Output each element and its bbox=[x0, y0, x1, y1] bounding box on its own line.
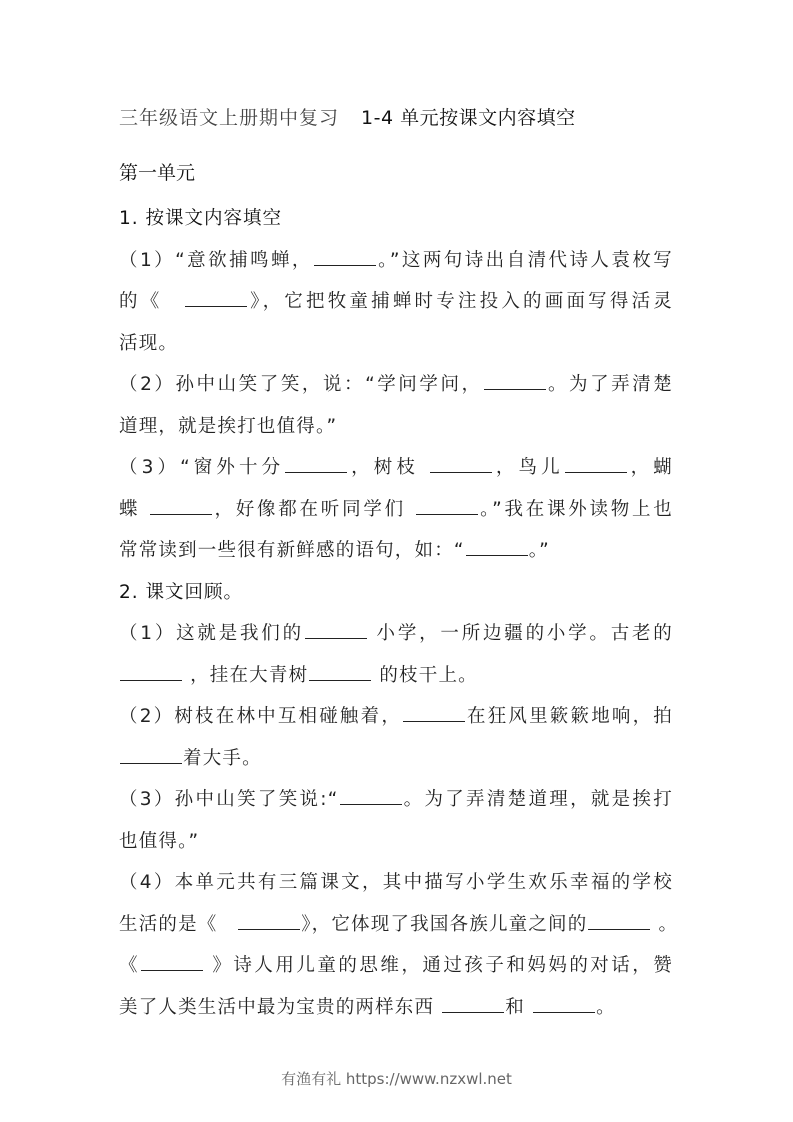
exercise-item: （1）这就是我们的 小学，一所边疆的小学。古老的 ，挂在大青树 的枝干上。 bbox=[119, 613, 673, 696]
text-line: （3）孙中山笑了笑说:“。为了弄清楚道理，就是挨打 bbox=[119, 779, 673, 821]
fill-in-blank[interactable] bbox=[314, 251, 376, 266]
text-segment: （4）本单元共有三篇课文，其中描写小学生欢乐幸福的学校 bbox=[119, 872, 673, 893]
exercise-item: （4）本单元共有三篇课文，其中描写小学生欢乐幸福的学校生活的是《 》，它体现了我… bbox=[119, 862, 673, 1028]
text-line: 活现。 bbox=[119, 323, 673, 365]
text-segment: （1）“意欲捕鸣蝉， bbox=[119, 250, 313, 271]
title-course: 三年级语文上册期中复习 bbox=[119, 107, 339, 129]
fill-in-blank[interactable] bbox=[466, 541, 528, 556]
text-segment: 。” bbox=[529, 540, 550, 561]
fill-in-blank[interactable] bbox=[588, 915, 650, 930]
text-segment: 美了人类生活中最为宝贵的两样东西 bbox=[119, 997, 441, 1018]
text-segment: （2）孙中山笑了笑，说：“学问学问， bbox=[119, 374, 483, 395]
text-segment: 。为了弄清楚道理，就是挨打 bbox=[403, 789, 673, 810]
document-title: 三年级语文上册期中复习1-4 单元按课文内容填空 bbox=[119, 103, 673, 133]
fill-in-blank[interactable] bbox=[340, 790, 402, 805]
text-line: （2）树枝在林中互相碰触着，在狂风里簌簌地响，拍 bbox=[119, 696, 673, 738]
text-segment: 。”这两句诗出自清代诗人袁枚写 bbox=[377, 250, 673, 271]
text-segment: ，好像都在听同学们 bbox=[213, 499, 415, 520]
fill-in-blank[interactable] bbox=[430, 458, 492, 473]
text-segment: 。 bbox=[596, 997, 616, 1018]
text-segment: （3）孙中山笑了笑说:“ bbox=[119, 789, 339, 810]
text-line: （3）“窗外十分，树枝 ，鸟儿，蝴 bbox=[119, 447, 673, 489]
fill-in-blank[interactable] bbox=[416, 500, 478, 515]
text-segment: （3）“窗外十分 bbox=[119, 457, 284, 478]
text-segment: （1）这就是我们的 bbox=[119, 623, 304, 644]
exercise-item: （3）孙中山笑了笑说:“。为了弄清楚道理，就是挨打也值得。” bbox=[119, 779, 673, 862]
fill-in-blank[interactable] bbox=[185, 292, 247, 307]
text-line: （2）孙中山笑了笑，说：“学问学问，。为了弄清楚 bbox=[119, 364, 673, 406]
fill-in-blank[interactable] bbox=[285, 458, 347, 473]
text-segment: 生活的是《 bbox=[119, 914, 237, 935]
exercise-content: 1. 按课文内容填空（1）“意欲捕鸣蝉，。”这两句诗出自清代诗人袁枚写的《 》，… bbox=[119, 198, 673, 1028]
text-line: 生活的是《 》，它体现了我国各族儿童之间的 。 bbox=[119, 904, 673, 946]
fill-in-blank[interactable] bbox=[120, 749, 182, 764]
text-segment: 》，它体现了我国各族儿童之间的 bbox=[301, 914, 587, 935]
exercise-item: （3）“窗外十分，树枝 ，鸟儿，蝴蝶 ，好像都在听同学们 。”我在课外读物上也常… bbox=[119, 447, 673, 572]
text-segment: 。 bbox=[651, 914, 678, 935]
text-line: （1）这就是我们的 小学，一所边疆的小学。古老的 bbox=[119, 613, 673, 655]
exercise-item: （1）“意欲捕鸣蝉，。”这两句诗出自清代诗人袁枚写的《 》，它把牧童捕蝉时专注投… bbox=[119, 240, 673, 365]
section-heading: 1. 按课文内容填空 bbox=[119, 198, 673, 240]
text-segment: 着大手。 bbox=[183, 748, 262, 769]
text-line: 道理，就是挨打也值得。” bbox=[119, 406, 673, 448]
title-topic: 1-4 单元按课文内容填空 bbox=[361, 107, 576, 129]
text-segment: 。为了弄清楚 bbox=[547, 374, 673, 395]
fill-in-blank[interactable] bbox=[120, 666, 182, 681]
fill-in-blank[interactable] bbox=[150, 500, 212, 515]
text-line: ，挂在大青树 的枝干上。 bbox=[119, 655, 673, 697]
text-line: （1）“意欲捕鸣蝉，。”这两句诗出自清代诗人袁枚写 bbox=[119, 240, 673, 282]
fill-in-blank[interactable] bbox=[309, 666, 371, 681]
fill-in-blank[interactable] bbox=[141, 956, 203, 971]
text-line: 也值得。” bbox=[119, 821, 673, 863]
fill-in-blank[interactable] bbox=[403, 707, 465, 722]
text-segment: ，鸟儿 bbox=[493, 457, 564, 478]
text-line: 着大手。 bbox=[119, 738, 673, 780]
fill-in-blank[interactable] bbox=[305, 624, 367, 639]
text-segment: 蝶 bbox=[119, 499, 149, 520]
text-segment: 道理，就是挨打也值得。” bbox=[119, 416, 337, 437]
text-segment: ，挂在大青树 bbox=[183, 665, 308, 686]
text-segment: 也值得。” bbox=[119, 831, 199, 852]
fill-in-blank[interactable] bbox=[565, 458, 627, 473]
exercise-item: （2）孙中山笑了笑，说：“学问学问，。为了弄清楚道理，就是挨打也值得。” bbox=[119, 364, 673, 447]
footer-watermark: 有渔有礼 https://www.nzxwl.net bbox=[0, 1068, 793, 1090]
text-line: 的《 》，它把牧童捕蝉时专注投入的画面写得活灵 bbox=[119, 281, 673, 323]
text-line: 《 》诗人用儿童的思维，通过孩子和妈妈的对话，赞 bbox=[119, 945, 673, 987]
text-segment: 》，它把牧童捕蝉时专注投入的画面写得活灵 bbox=[248, 291, 673, 312]
section-heading: 2. 课文回顾。 bbox=[119, 572, 673, 614]
text-line: 常常读到一些很有新鲜感的语句，如：“。” bbox=[119, 530, 673, 572]
fill-in-blank[interactable] bbox=[484, 375, 546, 390]
fill-in-blank[interactable] bbox=[442, 998, 504, 1013]
text-segment: 的枝干上。 bbox=[372, 665, 478, 686]
text-segment: 和 bbox=[505, 997, 532, 1018]
text-segment: 。”我在课外读物上也 bbox=[479, 499, 673, 520]
text-segment: 常常读到一些很有新鲜感的语句，如：“ bbox=[119, 540, 465, 561]
text-segment: 小学，一所边疆的小学。古老的 bbox=[368, 623, 673, 644]
text-segment: 在狂风里簌簌地响，拍 bbox=[466, 706, 673, 727]
text-segment: ，蝴 bbox=[628, 457, 673, 478]
text-line: （4）本单元共有三篇课文，其中描写小学生欢乐幸福的学校 bbox=[119, 862, 673, 904]
text-line: 美了人类生活中最为宝贵的两样东西 和 。 bbox=[119, 987, 673, 1029]
text-segment: 《 bbox=[119, 955, 140, 976]
fill-in-blank[interactable] bbox=[238, 915, 300, 930]
text-line: 蝶 ，好像都在听同学们 。”我在课外读物上也 bbox=[119, 489, 673, 531]
text-segment: ，树枝 bbox=[348, 457, 429, 478]
unit-heading: 第一单元 bbox=[119, 158, 195, 188]
text-segment: 》诗人用儿童的思维，通过孩子和妈妈的对话，赞 bbox=[204, 955, 673, 976]
text-segment: （2）树枝在林中互相碰触着， bbox=[119, 706, 402, 727]
fill-in-blank[interactable] bbox=[533, 998, 595, 1013]
text-segment: 活现。 bbox=[119, 333, 178, 354]
exercise-item: （2）树枝在林中互相碰触着，在狂风里簌簌地响，拍着大手。 bbox=[119, 696, 673, 779]
text-segment: 的《 bbox=[119, 291, 184, 312]
